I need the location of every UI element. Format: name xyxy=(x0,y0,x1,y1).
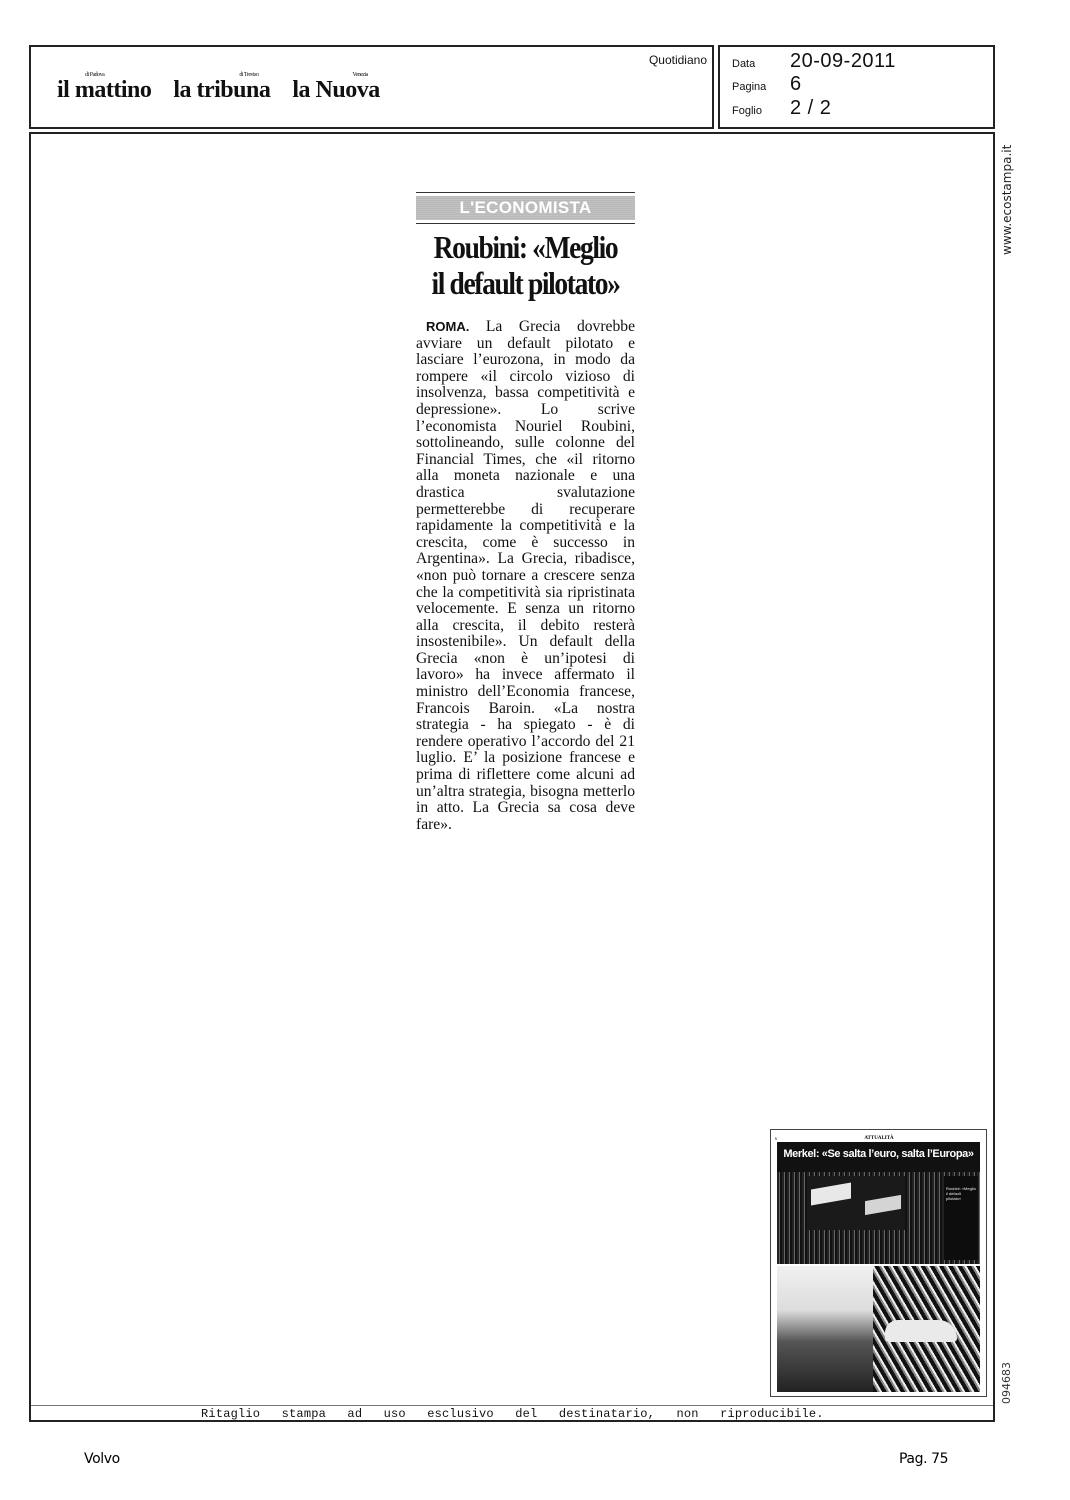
thumbnail-section: ATTUALITÀ xyxy=(864,1136,893,1141)
page-number: Pag. 75 xyxy=(899,1451,948,1467)
masthead-title: la tribuna xyxy=(173,77,270,103)
thumbnail-advertisement xyxy=(777,1266,980,1392)
data-label: Data xyxy=(732,58,790,70)
thumbnail-flags-photo xyxy=(807,1176,905,1230)
flag-shape xyxy=(811,1182,851,1205)
issue-info-box: Data 20-09-2011 Pagina 6 Foglio 2 / 2 xyxy=(718,45,995,129)
article-headline: Roubini: «Meglio il default pilotato» xyxy=(431,229,619,301)
masthead-title: il mattino xyxy=(57,77,151,103)
thumbnail-ad-landscape xyxy=(777,1266,873,1392)
clipping-code: 094683 xyxy=(1000,1362,1018,1408)
ecostampa-url: www.ecostampa.it xyxy=(1000,145,1018,255)
thumbnail-ad-car xyxy=(873,1266,980,1392)
masthead-header: di Padova il mattino di Treviso la tribu… xyxy=(29,45,714,129)
thumbnail-headline-band: Merkel: «Se salta l’euro, salta l’Europa… xyxy=(777,1142,980,1172)
thumbnail-headline: Merkel: «Se salta l’euro, salta l’Europa… xyxy=(777,1148,980,1160)
article-dateline: ROMA. xyxy=(426,319,469,334)
masthead-sub: di Padova xyxy=(85,72,104,78)
info-row-foglio: Foglio 2 / 2 xyxy=(732,97,831,120)
foglio-value: 2 / 2 xyxy=(790,97,831,120)
reproduction-disclaimer: Ritaglio stampa ad uso esclusivo del des… xyxy=(201,1407,824,1421)
thumbnail-article-columns: Roubini: «Meglio il default pilotato» xyxy=(777,1172,980,1264)
thumbnail-page-number: 6 xyxy=(775,1136,777,1141)
publication-type: Quotidiano xyxy=(649,53,707,67)
masthead-la-nuova: Venezia la Nuova xyxy=(292,77,379,104)
pagina-value: 6 xyxy=(790,73,802,96)
info-row-data: Data 20-09-2011 xyxy=(732,50,896,73)
masthead-il-mattino: di Padova il mattino xyxy=(57,77,151,104)
foglio-label: Foglio xyxy=(732,105,790,117)
article-body: ROMA. La Grecia dovrebbe avviare un defa… xyxy=(416,319,635,833)
pagina-label: Pagina xyxy=(732,81,790,93)
newspaper-mastheads: di Padova il mattino di Treviso la tribu… xyxy=(57,77,380,104)
masthead-sub: di Treviso xyxy=(239,72,258,78)
thumbnail-spacer xyxy=(981,1136,982,1141)
page-thumbnail: 6 ATTUALITÀ Merkel: «Se salta l’euro, sa… xyxy=(770,1129,987,1397)
section-rule-top xyxy=(416,192,635,193)
flag-shape xyxy=(865,1195,901,1215)
section-banner: L'ECONOMISTA xyxy=(416,196,635,220)
article-body-text: La Grecia dovrebbe avviare un default pi… xyxy=(416,318,635,833)
info-row-pagina: Pagina 6 xyxy=(732,73,802,96)
thumbnail-page-header: 6 ATTUALITÀ xyxy=(775,1134,982,1142)
data-value: 20-09-2011 xyxy=(790,50,896,73)
disclaimer-divider xyxy=(31,1405,993,1406)
thumbnail-sidebar-box: Roubini: «Meglio il default pilotato» xyxy=(944,1176,978,1260)
masthead-sub: Venezia xyxy=(352,72,368,78)
clipping-area: L'ECONOMISTA Roubini: «Meglio il default… xyxy=(29,132,995,1422)
car-shape xyxy=(885,1320,957,1342)
thumbnail-subheadline xyxy=(777,1160,980,1166)
article: L'ECONOMISTA Roubini: «Meglio il default… xyxy=(416,192,635,833)
masthead-la-tribuna: di Treviso la tribuna xyxy=(173,77,270,104)
section-rule-bottom xyxy=(416,223,635,224)
masthead-title: la Nuova xyxy=(292,77,379,103)
client-name: Volvo xyxy=(84,1451,120,1467)
